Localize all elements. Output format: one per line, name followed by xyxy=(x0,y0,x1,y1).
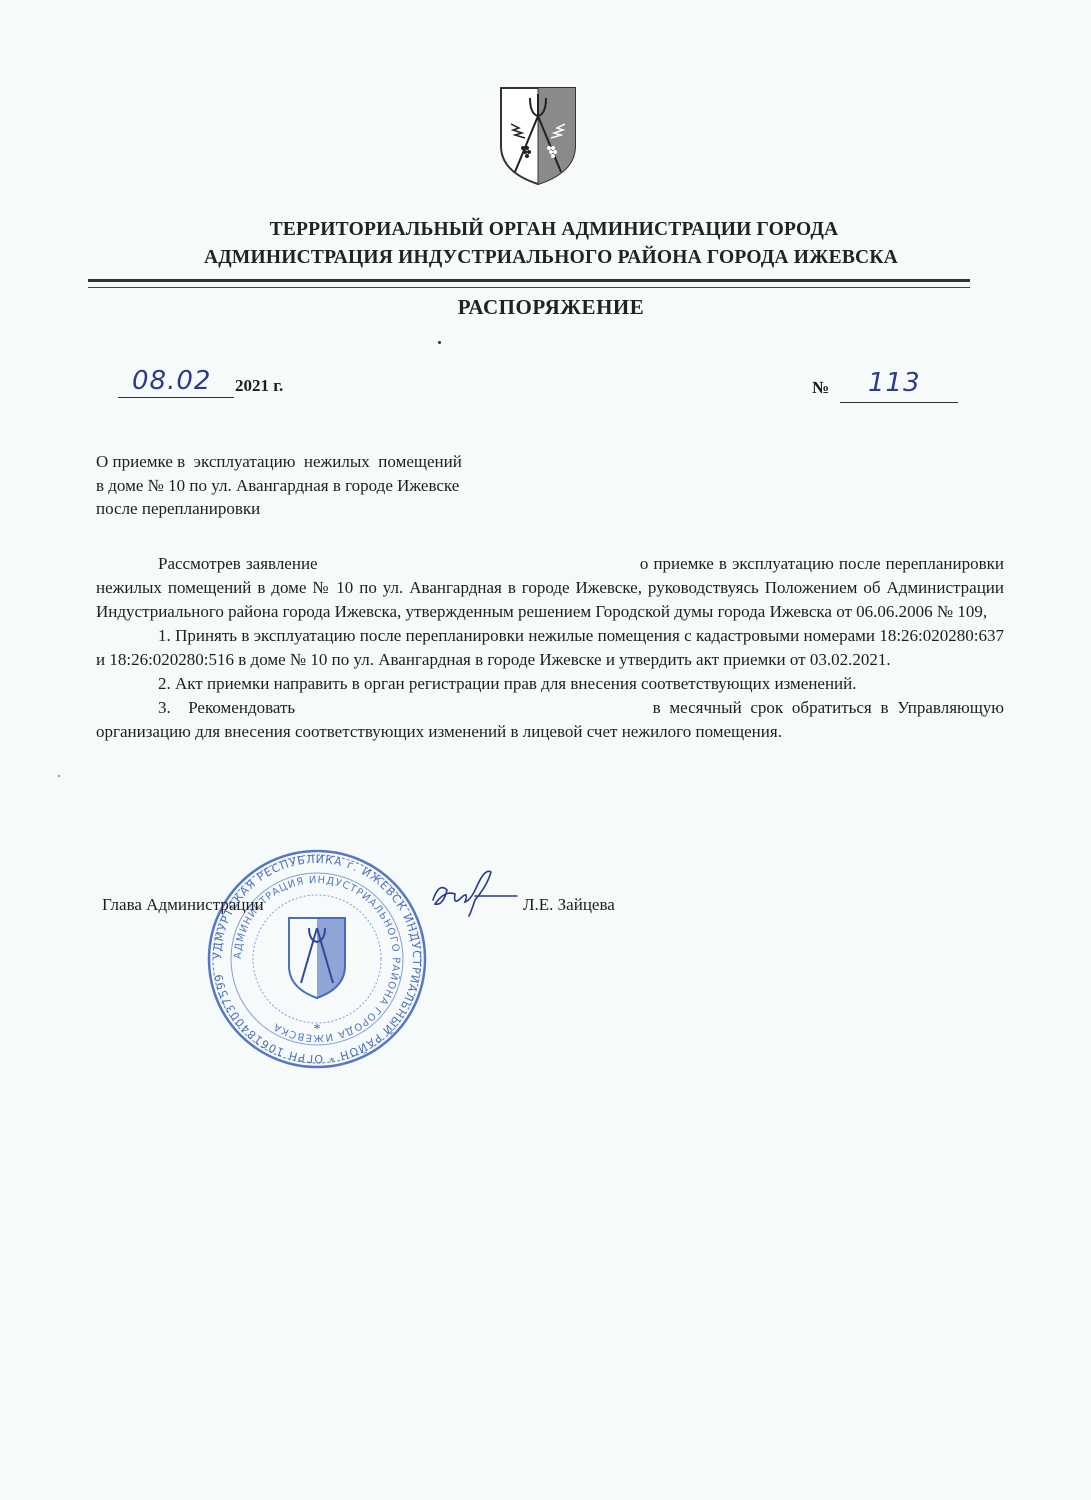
header-line-1: ТЕРРИТОРИАЛЬНЫЙ ОРГАН АДМИНИСТРАЦИИ ГОРО… xyxy=(0,219,1091,241)
header-divider-thin xyxy=(88,287,970,288)
redacted-applicant xyxy=(323,556,635,574)
item-1: 1. Принять в эксплуатацию после переплан… xyxy=(96,624,1004,672)
signatory-title: Глава Администрации xyxy=(102,895,264,915)
coat-of-arms-icon xyxy=(497,84,579,188)
intro-paragraph: Рассмотрев заявление о приемке в эксплуа… xyxy=(96,552,1004,624)
date-underline xyxy=(118,397,234,398)
number-handwritten: 113 xyxy=(868,368,921,398)
document-type-title: РАСПОРЯЖЕНИЕ xyxy=(0,295,1091,320)
subject-line-2: в доме № 10 по ул. Авангардная в городе … xyxy=(96,474,566,498)
item-2: 2. Акт приемки направить в орган регистр… xyxy=(96,672,1004,696)
svg-text:*: * xyxy=(314,1022,321,1037)
number-sign: № xyxy=(812,378,829,398)
document-body: Рассмотрев заявление о приемке в эксплуа… xyxy=(96,552,1004,744)
number-underline xyxy=(840,402,958,403)
subject-line-3: после перепланировки xyxy=(96,497,566,521)
header-line-2: АДМИНИСТРАЦИЯ ИНДУСТРИАЛЬНОГО РАЙОНА ГОР… xyxy=(0,247,1091,269)
signatory-name: Л.Е. Зайцева xyxy=(523,895,615,915)
document-subject: О приемке в эксплуатацию нежилых помещен… xyxy=(96,450,566,521)
item-3: 3. Рекомендовать в месячный срок обратит… xyxy=(96,696,1004,744)
item-3-start: 3. Рекомендовать xyxy=(158,698,295,717)
redacted-recipient xyxy=(304,700,644,718)
scan-speck xyxy=(438,341,441,344)
date-year: 2021 г. xyxy=(235,376,283,396)
official-seal-stamp: УДМУРТСКАЯ РЕСПУБЛИКА г. ИЖЕВСК ИНДУСТРИ… xyxy=(205,848,430,1070)
document-number: № 113 xyxy=(812,370,972,406)
date-handwritten: 08.02 xyxy=(132,366,211,396)
subject-line-1: О приемке в эксплуатацию нежилых помещен… xyxy=(96,450,566,474)
scan-speck xyxy=(58,775,60,777)
header-divider-thick xyxy=(88,279,970,282)
intro-start: Рассмотрев заявление xyxy=(158,554,318,573)
handwritten-signature xyxy=(425,860,525,920)
